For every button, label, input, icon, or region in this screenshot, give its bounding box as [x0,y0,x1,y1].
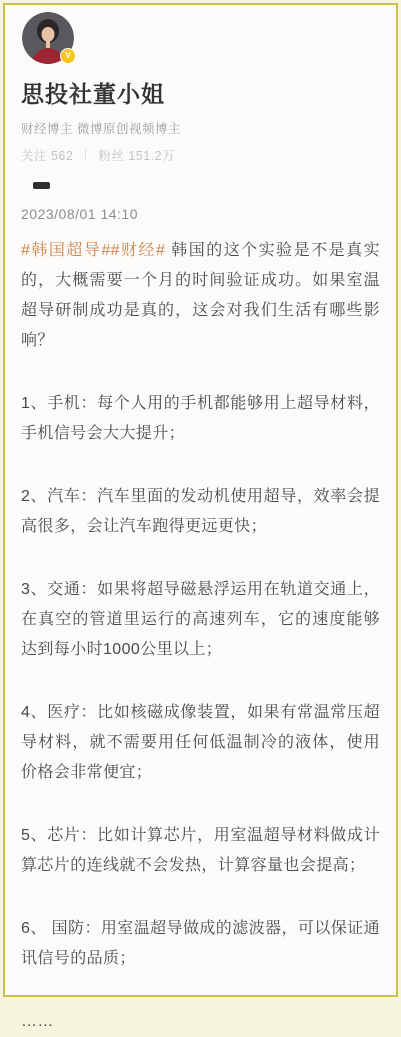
post-list-item-2: 2、汽车：汽车里面的发动机使用超导，效率会提高很多，会让汽车跑得更远更快； [21,482,380,542]
post-list-item-3: 3、交通：如果将超导磁悬浮运用在轨道交通上，在真空的管道里运行的高速列车，它的速… [21,575,380,665]
avatar[interactable]: V [22,12,74,64]
post-list-item-1: 1、手机：每个人用的手机都能够用上超导材料，手机信号会大大提升； [21,389,380,449]
stats-separator: ｜ [79,149,92,163]
hashtag-links[interactable]: #韩国超导##财经# [21,242,165,259]
post-list-item-6: 6、 国防：用室温超导做成的滤波器，可以保证通讯信号的品质； [21,914,380,974]
follow-stats: 关注 562｜粉丝 151.2万 [21,146,380,164]
profile-header: V 思投社董小姐 财经博主 微博原创视频博主 关注 562｜粉丝 151.2万 … [21,12,380,222]
collapsed-content-dash [33,182,50,189]
post-content: #韩国超导##财经# 韩国的这个实验是不是真实的，大概需要一个月的时间验证成功。… [21,236,380,1000]
following-count[interactable]: 关注 562 [21,149,73,163]
profile-name[interactable]: 思投社董小姐 [21,76,380,109]
post-timestamp: 2023/08/01 14:10 [21,206,380,222]
weibo-post-card: V 思投社董小姐 财经博主 微博原创视频博主 关注 562｜粉丝 151.2万 … [3,3,398,997]
post-intro-paragraph: #韩国超导##财经# 韩国的这个实验是不是真实的，大概需要一个月的时间验证成功。… [21,236,380,356]
profile-badges: 财经博主 微博原创视频博主 [21,119,380,137]
post-list-item-4: 4、医疗：比如核磁成像装置，如果有常温常压超导材料，就不需要用任何低温制冷的液体… [21,698,380,788]
screenshot-frame: V 思投社董小姐 财经博主 微博原创视频博主 关注 562｜粉丝 151.2万 … [0,0,401,1000]
verified-badge-icon: V [60,48,76,64]
post-list-item-5: 5、芯片：比如计算芯片，用室温超导材料做成计算芯片的连线就不会发热，计算容量也会… [21,821,380,881]
followers-count[interactable]: 粉丝 151.2万 [98,149,175,163]
